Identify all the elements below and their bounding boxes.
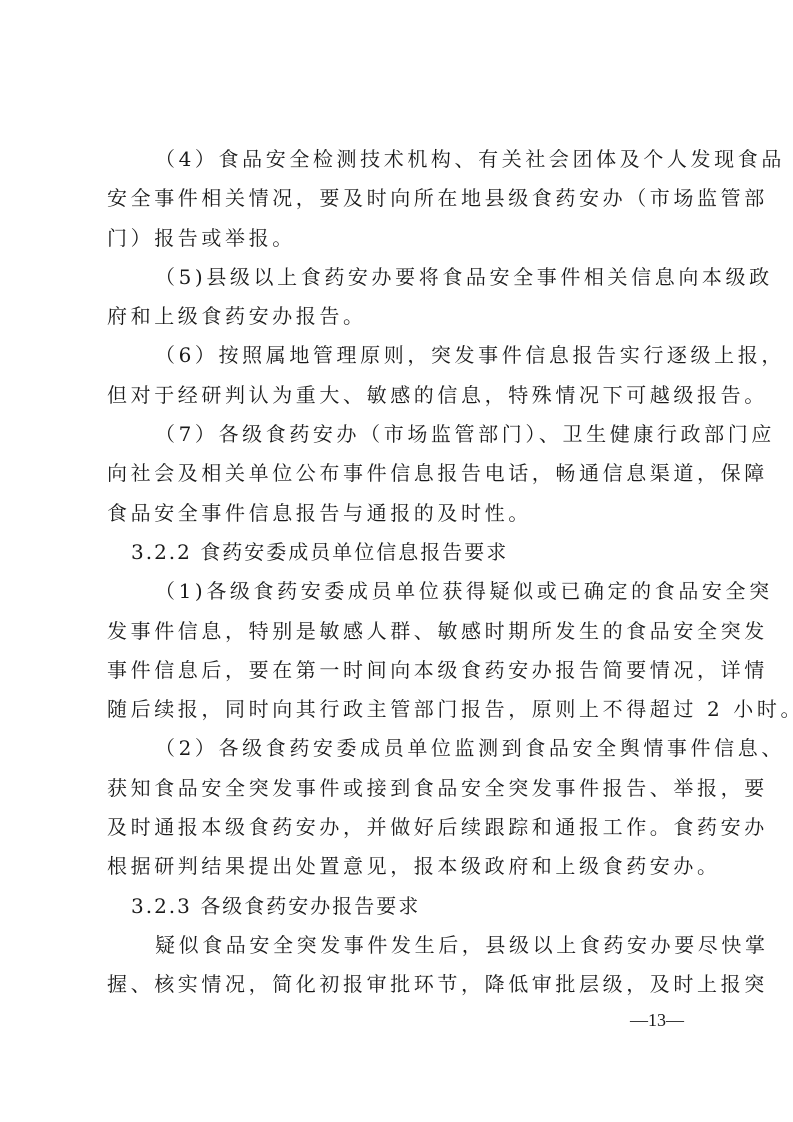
para-7-line-2: 向社会及相关单位公布事件信息报告电话，畅通信息渠道，保障 — [107, 454, 707, 493]
para-3-2-2-2-line-3: 及时通报本级食药安办，并做好后续跟踪和通报工作。食药安办 — [107, 808, 707, 847]
para-4-line-2: 安全事件相关情况，要及时向所在地县级食药安办（市场监管部 — [107, 179, 707, 218]
para-3-2-2-2-line-1: （2）各级食药安委成员单位监测到食品安全舆情事件信息、 — [107, 729, 707, 768]
section-heading-3-2-2: 3.2.2 食药安委成员单位信息报告要求 — [107, 533, 707, 572]
para-3-2-2-2-line-4: 根据研判结果提出处置意见，报本级政府和上级食药安办。 — [107, 847, 707, 886]
para-6-line-2: 但对于经研判认为重大、敏感的信息，特殊情况下可越级报告。 — [107, 376, 707, 415]
para-3-2-2-1-line-1: （1)各级食药安委成员单位获得疑似或已确定的食品安全突 — [107, 572, 707, 611]
para-7-line-1: （7）各级食药安办（市场监管部门）、卫生健康行政部门应 — [107, 415, 707, 454]
para-3-2-2-2-line-2: 获知食品安全突发事件或接到食品安全突发事件报告、举报，要 — [107, 769, 707, 808]
section-heading-3-2-3: 3.2.3 各级食药安办报告要求 — [107, 887, 707, 926]
para-5-line-1: （5)县级以上食药安办要将食品安全事件相关信息向本级政 — [107, 258, 707, 297]
document-page: （4）食品安全检测技术机构、有关社会团体及个人发现食品 安全事件相关情况，要及时… — [0, 0, 793, 1122]
body-text: （4）食品安全检测技术机构、有关社会团体及个人发现食品 安全事件相关情况，要及时… — [107, 140, 707, 1005]
para-6-line-1: （6）按照属地管理原则，突发事件信息报告实行逐级上报， — [107, 336, 707, 375]
para-5-line-2: 府和上级食药安办报告。 — [107, 297, 707, 336]
para-7-line-3: 食品安全事件信息报告与通报的及时性。 — [107, 494, 707, 533]
page-number: —13— — [630, 1010, 684, 1031]
para-3-2-3-line-2: 握、核实情况，简化初报审批环节，降低审批层级，及时上报突 — [107, 965, 707, 1004]
para-4-line-3: 门）报告或举报。 — [107, 219, 707, 258]
para-3-2-2-1-line-2: 发事件信息，特别是敏感人群、敏感时期所发生的食品安全突发 — [107, 612, 707, 651]
para-3-2-2-1-line-3: 事件信息后，要在第一时间向本级食药安办报告简要情况，详情 — [107, 651, 707, 690]
para-3-2-3-line-1: 疑似食品安全突发事件发生后，县级以上食药安办要尽快掌 — [107, 926, 707, 965]
para-4-line-1: （4）食品安全检测技术机构、有关社会团体及个人发现食品 — [107, 140, 707, 179]
para-3-2-2-1-line-4: 随后续报，同时向其行政主管部门报告，原则上不得超过 2 小时。 — [107, 690, 707, 729]
